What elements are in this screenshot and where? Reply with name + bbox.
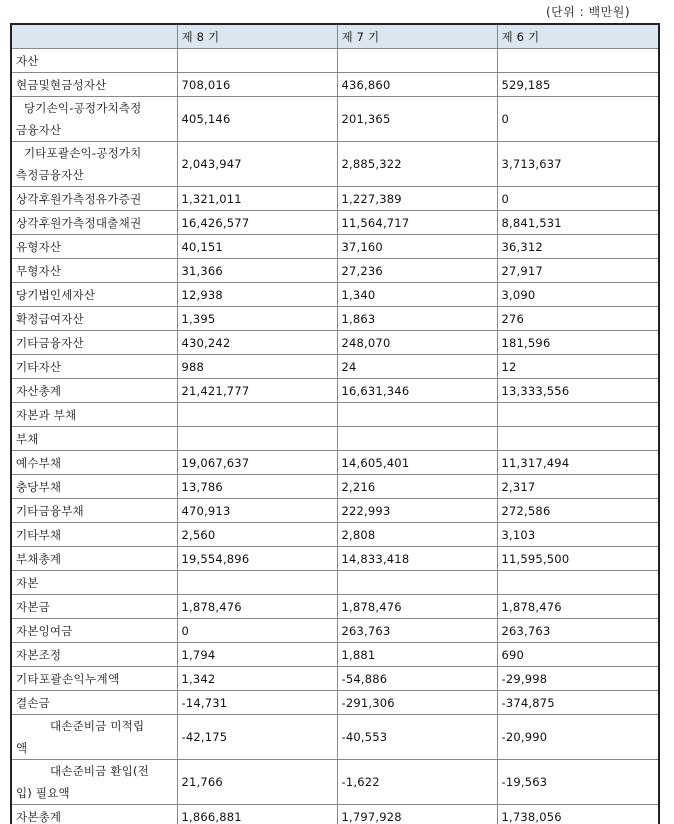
value-cell: 2,808 [337,523,497,547]
table-row: 유형자산40,15137,16036,312 [11,235,659,259]
row-label: 자본잉여금 [11,619,177,643]
table-row: 결손금-14,731-291,306-374,875 [11,691,659,715]
row-label: 당기법인세자산 [11,283,177,307]
value-cell: 11,595,500 [497,547,659,571]
row-label: 자본 [11,571,177,595]
row-label-line1: 당기손익-공정가치측정 [24,101,141,115]
value-cell: 1,878,476 [337,595,497,619]
value-cell: 8,841,531 [497,211,659,235]
value-cell [337,427,497,451]
header-period-8: 제 8 기 [177,24,337,49]
table-row: 자본잉여금0263,763263,763 [11,619,659,643]
value-cell: 2,043,947 [177,142,337,187]
table-row: 자산 [11,49,659,73]
table-row: 대손준비금 환입(전입) 필요액21,766-1,622-19,563 [11,760,659,805]
value-cell: -374,875 [497,691,659,715]
value-cell: 14,605,401 [337,451,497,475]
value-cell: 1,881 [337,643,497,667]
header-period-6: 제 6 기 [497,24,659,49]
row-label: 기타부채 [11,523,177,547]
value-cell: 529,185 [497,73,659,97]
value-cell: 1,878,476 [497,595,659,619]
row-label: 자본금 [11,595,177,619]
value-cell: 24 [337,355,497,379]
table-row: 기타부채2,5602,8083,103 [11,523,659,547]
value-cell [177,571,337,595]
table-row: 상각후원가측정유가증권1,321,0111,227,3890 [11,187,659,211]
row-label: 기타포괄손익-공정가치측정금융자산 [11,142,177,187]
table-row: 당기손익-공정가치측정금융자산405,146201,3650 [11,97,659,142]
value-cell: -291,306 [337,691,497,715]
table-row: 상각후원가측정대출채권16,426,57711,564,7178,841,531 [11,211,659,235]
value-cell: -14,731 [177,691,337,715]
value-cell: -1,622 [337,760,497,805]
value-cell: -54,886 [337,667,497,691]
value-cell: 201,365 [337,97,497,142]
value-cell: 16,631,346 [337,379,497,403]
value-cell: 11,564,717 [337,211,497,235]
value-cell: 3,103 [497,523,659,547]
unit-label: (단위 : 백만원) [546,3,630,20]
table-row: 기타포괄손익누계액1,342-54,886-29,998 [11,667,659,691]
table-row: 확정급여자산1,3951,863276 [11,307,659,331]
value-cell: 11,317,494 [497,451,659,475]
row-label: 상각후원가측정유가증권 [11,187,177,211]
value-cell: 690 [497,643,659,667]
header-period-7: 제 7 기 [337,24,497,49]
table-row: 자본조정1,7941,881690 [11,643,659,667]
value-cell: 1,321,011 [177,187,337,211]
value-cell: 37,160 [337,235,497,259]
row-label-line1: 대손준비금 미적립 [50,719,144,733]
value-cell: 181,596 [497,331,659,355]
table-row: 대손준비금 미적립액-42,175-40,553-20,990 [11,715,659,760]
value-cell: 31,366 [177,259,337,283]
table-row: 무형자산31,36627,23627,917 [11,259,659,283]
value-cell: 2,216 [337,475,497,499]
row-label: 기타금융자산 [11,331,177,355]
row-label: 예수부채 [11,451,177,475]
value-cell: 470,913 [177,499,337,523]
row-label: 자산 [11,49,177,73]
row-label: 당기손익-공정가치측정금융자산 [11,97,177,142]
financial-statement-table: 제 8 기 제 7 기 제 6 기 자산 현금및현금성자산708,016436,… [10,23,660,824]
table-row: 부채총계19,554,89614,833,41811,595,500 [11,547,659,571]
row-label: 부채 [11,427,177,451]
table-row: 기타포괄손익-공정가치측정금융자산2,043,9472,885,3223,713… [11,142,659,187]
value-cell: 27,236 [337,259,497,283]
value-cell: -19,563 [497,760,659,805]
value-cell: 21,766 [177,760,337,805]
value-cell [337,571,497,595]
value-cell: 0 [177,619,337,643]
value-cell: 436,860 [337,73,497,97]
row-label: 확정급여자산 [11,307,177,331]
value-cell [497,571,659,595]
value-cell [337,403,497,427]
value-cell: 988 [177,355,337,379]
value-cell: 1,878,476 [177,595,337,619]
value-cell: 21,421,777 [177,379,337,403]
row-label-line2: 측정금융자산 [16,168,84,182]
value-cell: 40,151 [177,235,337,259]
row-label: 자본총계 [11,805,177,824]
value-cell: 1,863 [337,307,497,331]
table-row: 자본과 부채 [11,403,659,427]
table-row: 충당부채13,7862,2162,317 [11,475,659,499]
value-cell: 36,312 [497,235,659,259]
value-cell [497,49,659,73]
value-cell: 3,090 [497,283,659,307]
value-cell: 13,333,556 [497,379,659,403]
header-row: 제 8 기 제 7 기 제 6 기 [11,24,659,49]
value-cell: 0 [497,187,659,211]
table-row: 기타금융부채470,913222,993272,586 [11,499,659,523]
value-cell: 248,070 [337,331,497,355]
row-label: 기타포괄손익누계액 [11,667,177,691]
value-cell [337,49,497,73]
row-label: 현금및현금성자산 [11,73,177,97]
value-cell: 405,146 [177,97,337,142]
row-label: 유형자산 [11,235,177,259]
value-cell: 222,993 [337,499,497,523]
value-cell: 14,833,418 [337,547,497,571]
value-cell: 276 [497,307,659,331]
value-cell: 3,713,637 [497,142,659,187]
value-cell: 12,938 [177,283,337,307]
table-row: 현금및현금성자산708,016436,860529,185 [11,73,659,97]
row-label: 대손준비금 환입(전입) 필요액 [11,760,177,805]
value-cell [497,403,659,427]
value-cell: 272,586 [497,499,659,523]
row-label-line1: 기타포괄손익-공정가치 [24,146,141,160]
row-label: 무형자산 [11,259,177,283]
value-cell: 430,242 [177,331,337,355]
row-label-line2: 입) 필요액 [16,786,70,800]
value-cell: 1,227,389 [337,187,497,211]
value-cell: 1,794 [177,643,337,667]
value-cell: 16,426,577 [177,211,337,235]
value-cell: 13,786 [177,475,337,499]
header-label-cell [11,24,177,49]
value-cell: 2,885,322 [337,142,497,187]
row-label-line2: 액 [16,741,27,755]
value-cell: 2,560 [177,523,337,547]
table-row: 자본 [11,571,659,595]
table-row: 기타자산9882412 [11,355,659,379]
value-cell: 1,342 [177,667,337,691]
row-label: 충당부채 [11,475,177,499]
table-row: 예수부채19,067,63714,605,40111,317,494 [11,451,659,475]
row-label: 기타자산 [11,355,177,379]
row-label-line2: 금융자산 [16,123,61,137]
table-row: 당기법인세자산12,9381,3403,090 [11,283,659,307]
value-cell: 1,395 [177,307,337,331]
value-cell: 708,016 [177,73,337,97]
row-label: 결손금 [11,691,177,715]
table-row: 부채 [11,427,659,451]
table-row: 자산총계21,421,77716,631,34613,333,556 [11,379,659,403]
row-label: 자산총계 [11,379,177,403]
value-cell: 19,554,896 [177,547,337,571]
value-cell [497,427,659,451]
value-cell: 12 [497,355,659,379]
table-row: 자본금1,878,4761,878,4761,878,476 [11,595,659,619]
value-cell: 19,067,637 [177,451,337,475]
value-cell [177,49,337,73]
value-cell: -40,553 [337,715,497,760]
row-label: 자본과 부채 [11,403,177,427]
row-label: 대손준비금 미적립액 [11,715,177,760]
value-cell: 2,317 [497,475,659,499]
value-cell: -20,990 [497,715,659,760]
row-label: 기타금융부채 [11,499,177,523]
row-label: 상각후원가측정대출채권 [11,211,177,235]
value-cell: -42,175 [177,715,337,760]
value-cell: 263,763 [497,619,659,643]
table-row: 자본총계1,866,8811,797,9281,738,056 [11,805,659,824]
value-cell: 263,763 [337,619,497,643]
value-cell: 27,917 [497,259,659,283]
value-cell: 1,866,881 [177,805,337,824]
row-label: 부채총계 [11,547,177,571]
value-cell: -29,998 [497,667,659,691]
value-cell [177,403,337,427]
value-cell: 1,340 [337,283,497,307]
row-label-line1: 대손준비금 환입(전 [50,764,149,778]
table-row: 기타금융자산430,242248,070181,596 [11,331,659,355]
row-label: 자본조정 [11,643,177,667]
value-cell [177,427,337,451]
value-cell: 1,797,928 [337,805,497,824]
value-cell: 1,738,056 [497,805,659,824]
value-cell: 0 [497,97,659,142]
